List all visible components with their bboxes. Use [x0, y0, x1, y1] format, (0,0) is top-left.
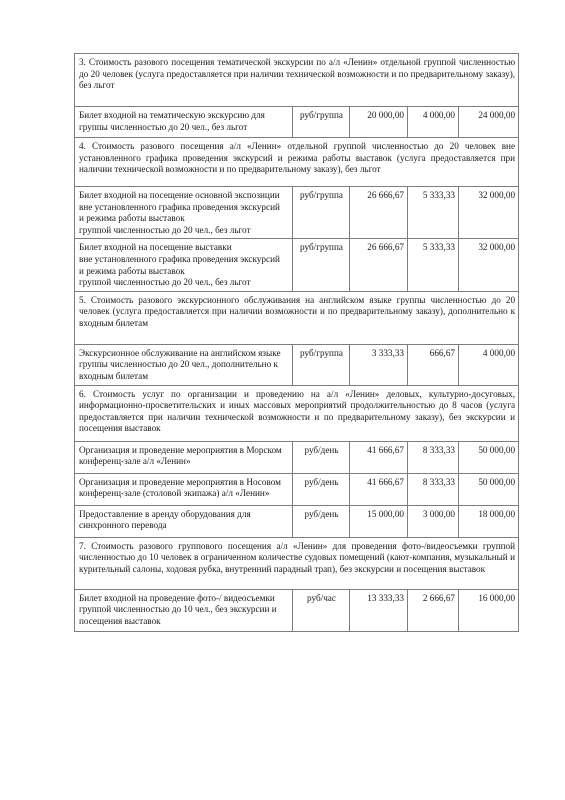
price-with-vat-cell: 50 000,00 — [459, 441, 519, 473]
table-row: Билет входной на посещение основной эксп… — [75, 187, 519, 239]
vat-cell: 2 666,67 — [408, 589, 459, 631]
section-title: 7. Стоимость разового группового посещен… — [75, 537, 519, 589]
price-with-vat-cell: 32 000,00 — [459, 239, 519, 291]
vat-cell: 5 333,33 — [408, 239, 459, 291]
unit-cell: руб/день — [293, 505, 350, 537]
service-description: Организация и проведение мероприятия в Н… — [75, 473, 293, 505]
vat-cell: 4 000,00 — [408, 107, 459, 138]
price-with-vat-cell: 16 000,00 — [459, 589, 519, 631]
vat-cell: 8 333,33 — [408, 473, 459, 505]
tariff-table: 3. Стоимость разового посещения тематиче… — [74, 53, 519, 632]
price-without-vat-cell: 41 666,67 — [350, 441, 408, 473]
section-title: 6. Стоимость услуг по организации и пров… — [75, 385, 519, 441]
unit-cell: руб/группа — [293, 239, 350, 291]
price-without-vat-cell: 3 333,33 — [350, 344, 408, 385]
service-description: Билет входной на посещение выставки вне … — [75, 239, 293, 291]
vat-cell: 5 333,33 — [408, 187, 459, 239]
section-header-row: 7. Стоимость разового группового посещен… — [75, 537, 519, 589]
table-row: Билет входной на тематическую экскурсию … — [75, 107, 519, 138]
document-page: 3. Стоимость разового посещения тематиче… — [0, 0, 565, 800]
table-row: Предоставление в аренду оборудования для… — [75, 505, 519, 537]
vat-cell: 666,67 — [408, 344, 459, 385]
price-with-vat-cell: 4 000,00 — [459, 344, 519, 385]
table-row: Билет входной на посещение выставки вне … — [75, 239, 519, 291]
table-row: Организация и проведение мероприятия в М… — [75, 441, 519, 473]
unit-cell: руб/день — [293, 473, 350, 505]
table-row: Билет входной на проведение фото-/ видео… — [75, 589, 519, 631]
section-title: 5. Стоимость разового экскурсионного обс… — [75, 291, 519, 344]
unit-cell: руб/день — [293, 441, 350, 473]
section-title: 3. Стоимость разового посещения тематиче… — [75, 54, 519, 107]
price-without-vat-cell: 41 666,67 — [350, 473, 408, 505]
price-without-vat-cell: 15 000,00 — [350, 505, 408, 537]
price-with-vat-cell: 32 000,00 — [459, 187, 519, 239]
section-header-row: 3. Стоимость разового посещения тематиче… — [75, 54, 519, 107]
service-description: Предоставление в аренду оборудования для… — [75, 505, 293, 537]
price-without-vat-cell: 26 666,67 — [350, 239, 408, 291]
section-header-row: 6. Стоимость услуг по организации и пров… — [75, 385, 519, 441]
service-description: Экскурсионное обслуживание на английском… — [75, 344, 293, 385]
vat-cell: 3 000,00 — [408, 505, 459, 537]
unit-cell: руб/группа — [293, 187, 350, 239]
price-without-vat-cell: 13 333,33 — [350, 589, 408, 631]
table-row: Организация и проведение мероприятия в Н… — [75, 473, 519, 505]
price-with-vat-cell: 18 000,00 — [459, 505, 519, 537]
section-header-row: 4. Стоимость разового посещения а/л «Лен… — [75, 138, 519, 187]
service-description: Билет входной на проведение фото-/ видео… — [75, 589, 293, 631]
service-description: Билет входной на посещение основной эксп… — [75, 187, 293, 239]
section-header-row: 5. Стоимость разового экскурсионного обс… — [75, 291, 519, 344]
section-title: 4. Стоимость разового посещения а/л «Лен… — [75, 138, 519, 187]
price-without-vat-cell: 26 666,67 — [350, 187, 408, 239]
price-with-vat-cell: 50 000,00 — [459, 473, 519, 505]
unit-cell: руб/час — [293, 589, 350, 631]
unit-cell: руб/группа — [293, 344, 350, 385]
vat-cell: 8 333,33 — [408, 441, 459, 473]
table-row: Экскурсионное обслуживание на английском… — [75, 344, 519, 385]
price-with-vat-cell: 24 000,00 — [459, 107, 519, 138]
price-without-vat-cell: 20 000,00 — [350, 107, 408, 138]
service-description: Организация и проведение мероприятия в М… — [75, 441, 293, 473]
unit-cell: руб/группа — [293, 107, 350, 138]
service-description: Билет входной на тематическую экскурсию … — [75, 107, 293, 138]
